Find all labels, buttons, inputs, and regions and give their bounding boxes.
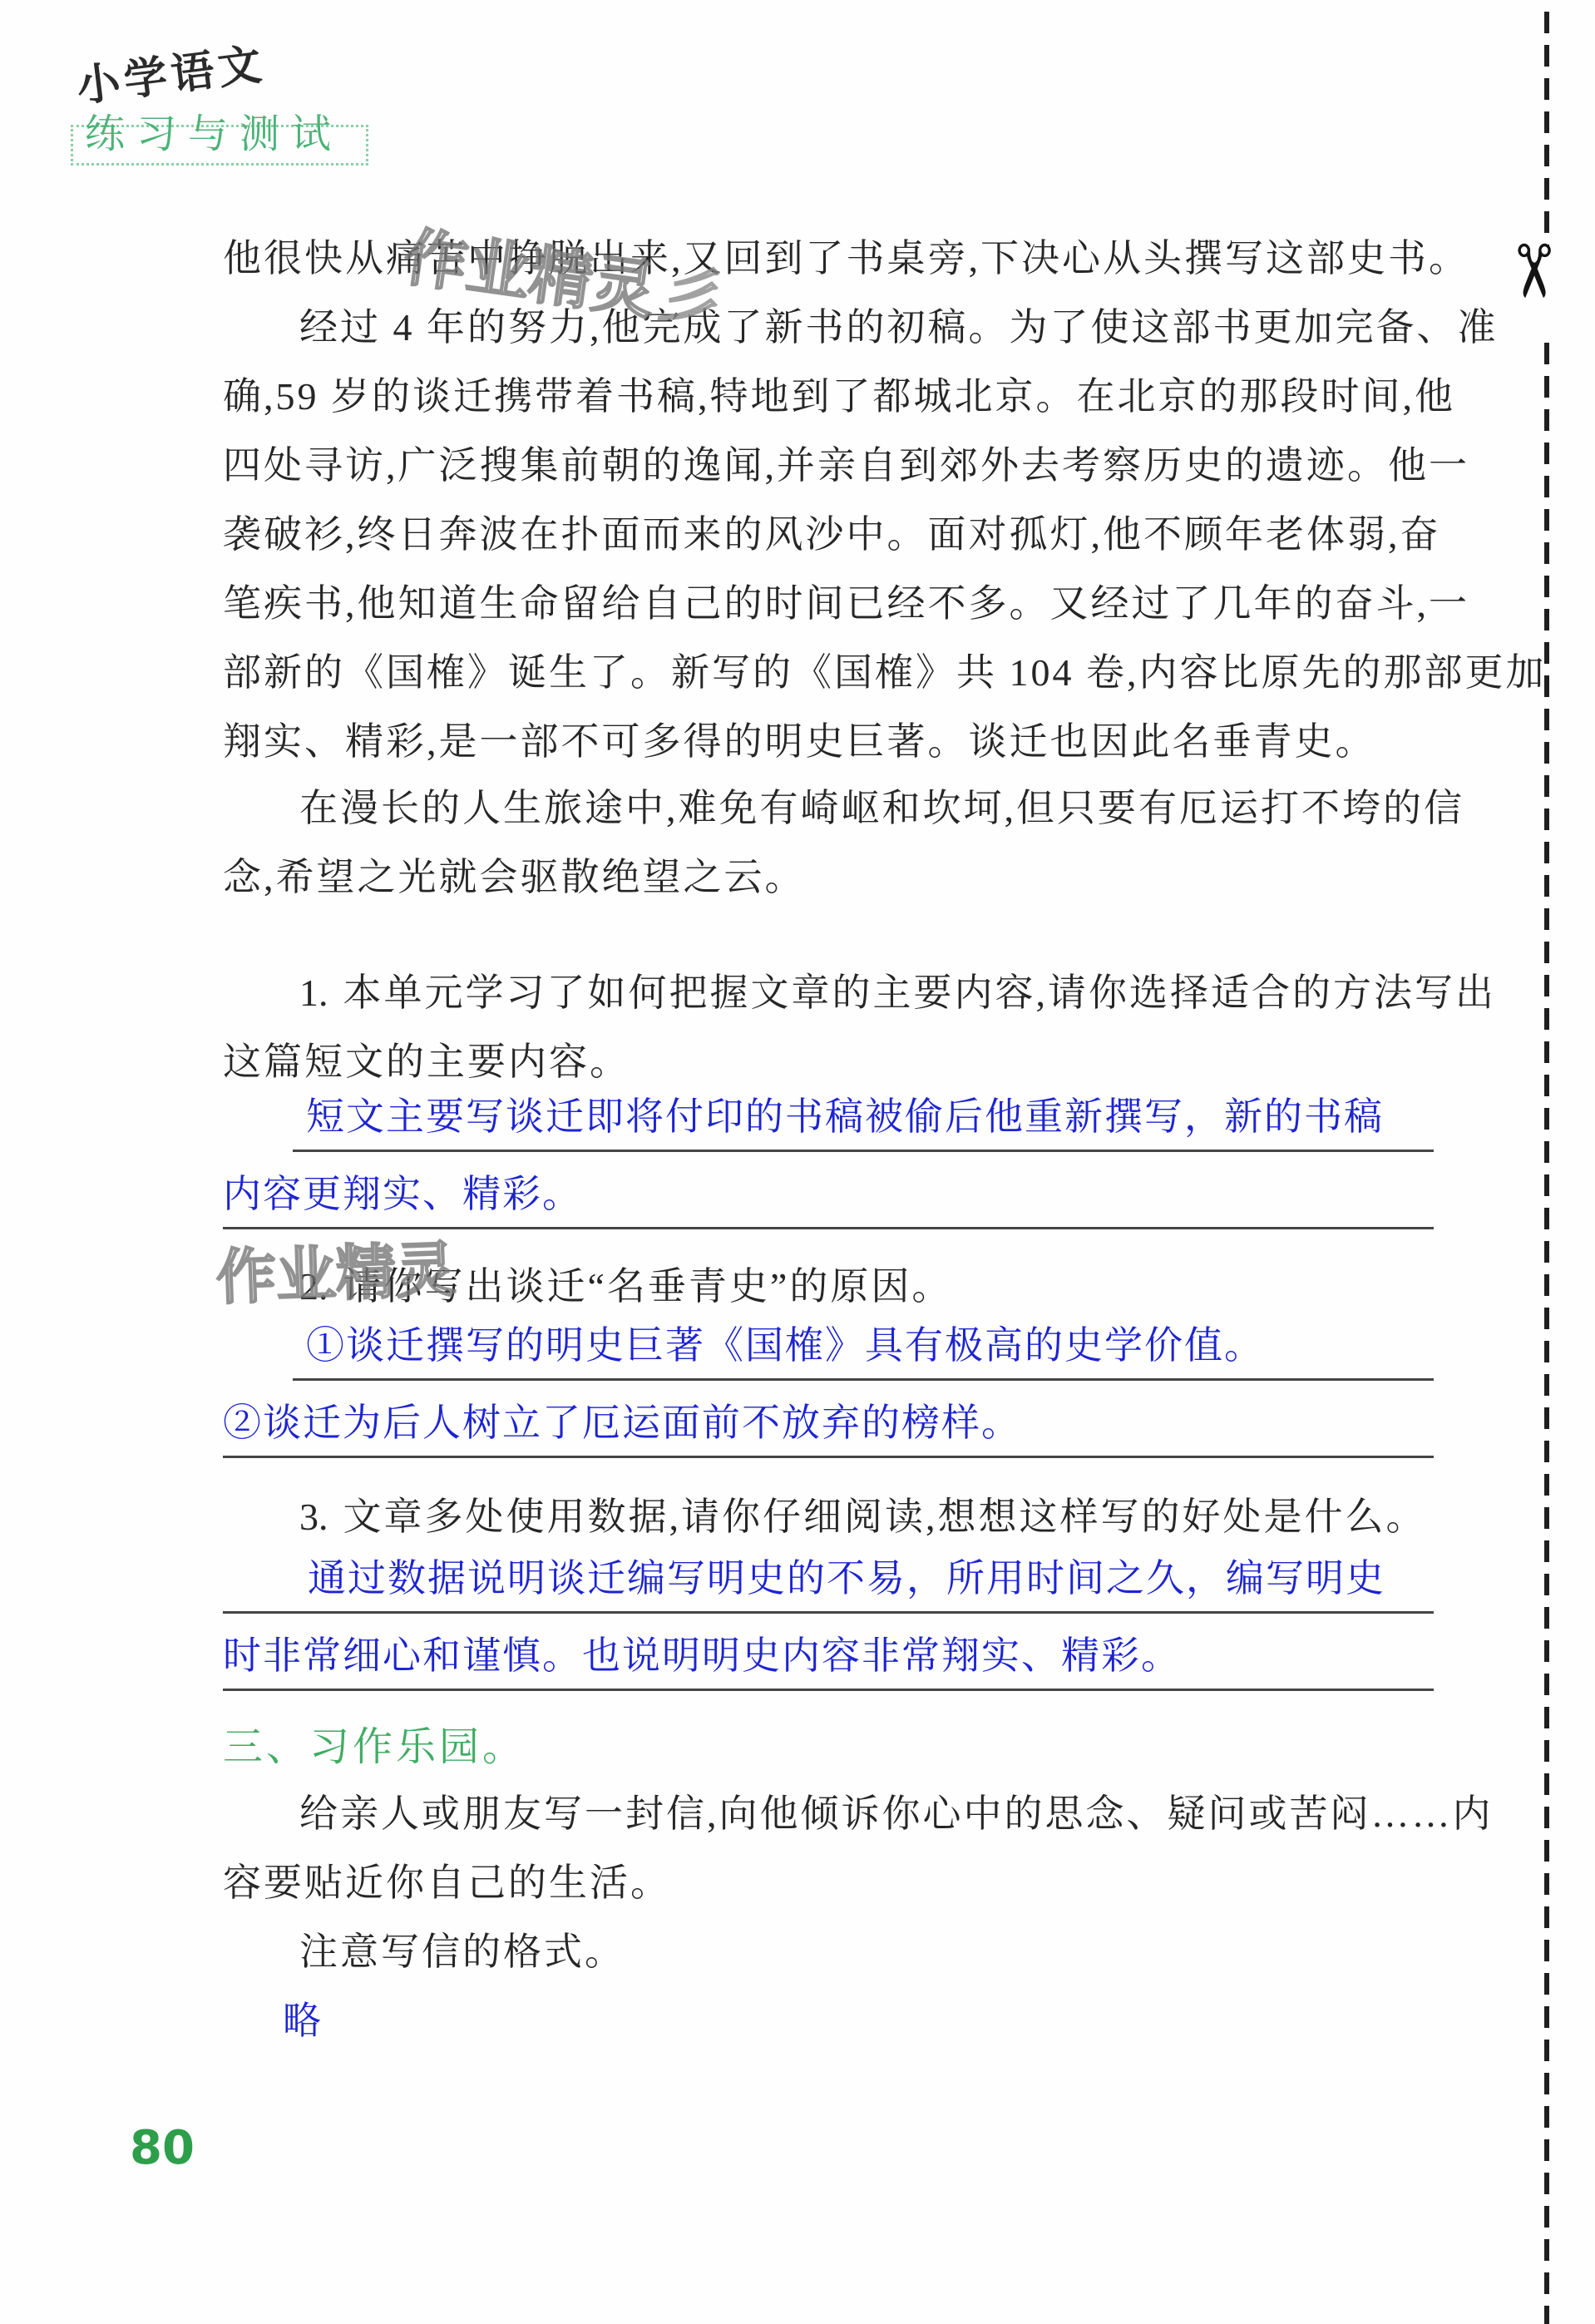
scissors-icon: ✂	[1496, 240, 1569, 302]
watermark-text: 作业精灵	[215, 1234, 457, 1313]
answer-2: ①谈迁撰写的明史巨著《国榷》具有极高的史学价值。 ②谈迁为后人树立了厄运面前不放…	[223, 1303, 1434, 1458]
question-number: 1.	[299, 972, 328, 1014]
section-line: 容要贴近你自己的生活。	[223, 1848, 1434, 1917]
passage-line: 经过 4 年的努力,他完成了新书的初稿。为了使这部书更加完备、准	[223, 293, 1434, 362]
cut-dashed-line-top	[1544, 0, 1549, 246]
passage-line: 念,希望之光就会驱散绝望之云。	[223, 843, 1434, 912]
section-line: 给亲人或朋友写一封信,向他倾诉你心中的思念、疑问或苦闷……内	[223, 1779, 1434, 1848]
answer-line: ①谈迁撰写的明史巨著《国榷》具有极高的史学价值。	[293, 1303, 1434, 1381]
question-text: 文章多处使用数据,请你仔细阅读,想想这样写的好处是什么。	[343, 1496, 1427, 1538]
answer-3: 通过数据说明谈迁编写明史的不易，所用时间之久，编写明史 时非常细心和谨慎。也说明…	[223, 1536, 1434, 1691]
section-3-body: 给亲人或朋友写一封信,向他倾诉你心中的思念、疑问或苦闷……内 容要贴近你自己的生…	[223, 1779, 1434, 2055]
passage-line: 笔疾书,他知道生命留给自己的时间已经不多。又经过了几年的奋斗,一	[223, 569, 1434, 638]
section-heading: 三、习作乐园。	[223, 1713, 1434, 1782]
book-subtitle: 练习与测试	[85, 101, 343, 159]
question-number: 3.	[299, 1496, 328, 1538]
passage-paragraph-3: 在漫长的人生旅途中,难免有崎岖和坎坷,但只要有厄运打不垮的信 念,希望之光就会驱…	[223, 774, 1434, 912]
passage-line: 四处寻访,广泛搜集前朝的逸闻,并亲自到郊外去考察历史的遗迹。他一	[223, 431, 1434, 500]
page-number: 80	[130, 2121, 195, 2175]
workbook-page: 小学语文 练习与测试 ✂ 作业精灵彡 作业精灵 他很快从痛苦中挣脱出来,又回到了…	[0, 0, 1595, 2324]
answer-line: ②谈迁为后人树立了厄运面前不放弃的榜样。	[223, 1381, 1434, 1458]
cut-dashed-line-bottom	[1544, 331, 1549, 2324]
section-3-heading-block: 三、习作乐园。	[223, 1713, 1434, 1782]
passage-line: 袭破衫,终日奔波在扑面而来的风沙中。面对孤灯,他不顾年老体弱,奋	[223, 500, 1434, 569]
passage-line: 确,59 岁的谈迁携带着书稿,特地到了都城北京。在北京的那段时间,他	[223, 362, 1434, 431]
answer-brief: 略	[223, 1986, 1434, 2055]
question-text: 本单元学习了如何把握文章的主要内容,请你选择适合的方法写出	[343, 972, 1497, 1014]
passage-paragraph-2: 经过 4 年的努力,他完成了新书的初稿。为了使这部书更加完备、准 确,59 岁的…	[223, 293, 1434, 776]
watermark: 作业精灵	[215, 1221, 457, 1316]
passage-line: 翔实、精彩,是一部不可多得的明史巨著。谈迁也因此名垂青史。	[223, 707, 1434, 776]
answer-line: 通过数据说明谈迁编写明史的不易，所用时间之久，编写明史	[223, 1536, 1434, 1614]
answer-line: 内容更翔实、精彩。	[223, 1152, 1434, 1229]
passage-line: 在漫长的人生旅途中,难免有崎岖和坎坷,但只要有厄运打不垮的信	[223, 774, 1434, 843]
answer-line: 短文主要写谈迁即将付印的书稿被偷后他重新撰写，新的书稿	[293, 1075, 1434, 1152]
wing-icon: 彡	[649, 255, 723, 337]
question-line: 1.本单元学习了如何把握文章的主要内容,请你选择适合的方法写出	[223, 958, 1434, 1027]
section-line: 注意写信的格式。	[223, 1917, 1434, 1986]
answer-line: 时非常细心和谨慎。也说明明史内容非常翔实、精彩。	[223, 1614, 1434, 1691]
answer-1: 短文主要写谈迁即将付印的书稿被偷后他重新撰写，新的书稿 内容更翔实、精彩。	[223, 1075, 1434, 1229]
passage-line: 部新的《国榷》诞生了。新写的《国榷》共 104 卷,内容比原先的那部更加	[223, 638, 1434, 707]
